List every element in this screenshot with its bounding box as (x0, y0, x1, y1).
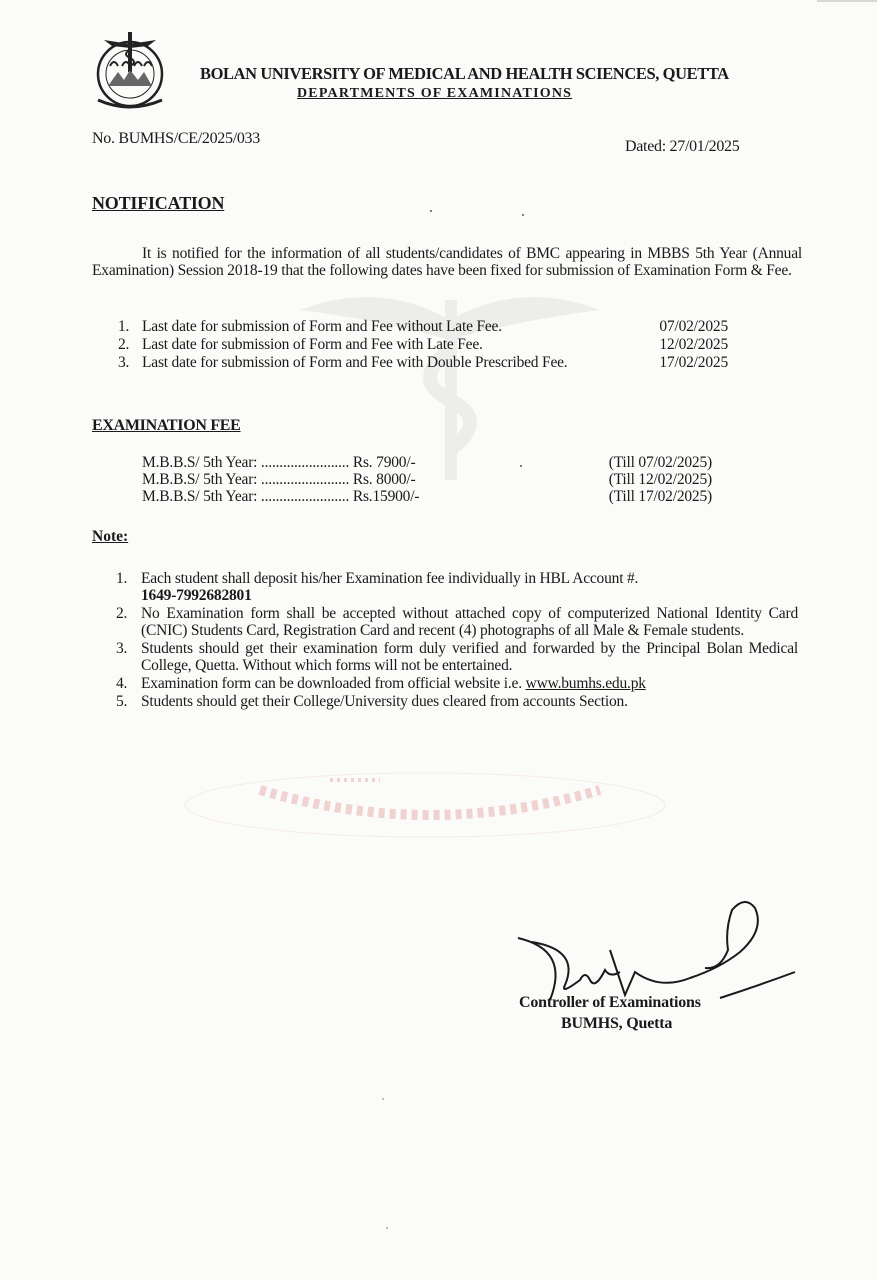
note-item: 1. Each student shall deposit his/her Ex… (116, 570, 798, 604)
fee-amount: Rs. 8000/- (353, 471, 528, 488)
submission-dates-list: 1. Last date for submission of Form and … (118, 318, 728, 372)
fee-amount: Rs. 7900/- (353, 454, 528, 471)
submission-date-row: 2. Last date for submission of Form and … (118, 336, 728, 354)
note-text: Students should get their examination fo… (141, 640, 798, 674)
scan-speck (430, 210, 432, 212)
item-number: 2. (118, 336, 142, 354)
note-number: 3. (116, 640, 141, 674)
exam-fee-list: M.B.B.S/ 5th Year: .....................… (142, 454, 712, 505)
website-link[interactable]: www.bumhs.edu.pk (526, 675, 646, 692)
note-number: 1. (116, 570, 141, 604)
note-text: Students should get their College/Univer… (141, 693, 798, 710)
note-text: Each student shall deposit his/her Exami… (141, 570, 638, 587)
submission-date-row: 1. Last date for submission of Form and … (118, 318, 728, 336)
fee-deadline: (Till 17/02/2025) (587, 488, 712, 505)
caduceus-watermark-icon (300, 280, 600, 480)
university-name: BOLAN UNIVERSITY OF MEDICAL AND HEALTH S… (200, 64, 729, 84)
fee-label: M.B.B.S/ 5th Year: .....................… (142, 454, 349, 471)
item-number: 3. (118, 354, 142, 372)
university-crest-icon (88, 28, 172, 112)
note-number: 5. (116, 693, 141, 710)
scan-speck (386, 1227, 388, 1229)
fee-row: M.B.B.S/ 5th Year: .....................… (142, 488, 712, 505)
account-number: 1649-7992682801 (141, 587, 252, 604)
note-item: 4. Examination form can be downloaded fr… (116, 675, 798, 692)
item-date: 17/02/2025 (648, 354, 728, 372)
fee-label: M.B.B.S/ 5th Year: .....................… (142, 471, 349, 488)
item-date: 12/02/2025 (648, 336, 728, 354)
page-edge (817, 0, 877, 2)
note-text: No Examination form shall be accepted wi… (141, 605, 798, 639)
reference-number: No. BUMHS/CE/2025/033 (92, 130, 260, 148)
fee-amount: Rs.15900/- (353, 488, 528, 505)
note-text: Examination form can be downloaded from … (141, 675, 526, 692)
scan-speck (522, 214, 524, 216)
item-text: Last date for submission of Form and Fee… (142, 318, 648, 336)
item-text: Last date for submission of Form and Fee… (142, 354, 648, 372)
notification-heading: NOTIFICATION (92, 193, 224, 214)
fee-row: M.B.B.S/ 5th Year: .....................… (142, 454, 712, 471)
faded-stamp-icon (180, 770, 670, 840)
item-text: Last date for submission of Form and Fee… (142, 336, 648, 354)
fee-label: M.B.B.S/ 5th Year: .....................… (142, 488, 349, 505)
note-number: 4. (116, 675, 141, 692)
department-name: DEPARTMENTS OF EXAMINATIONS (297, 86, 572, 102)
note-item: 2. No Examination form shall be accepted… (116, 605, 798, 639)
note-number: 2. (116, 605, 141, 639)
note-item: 3. Students should get their examination… (116, 640, 798, 674)
submission-date-row: 3. Last date for submission of Form and … (118, 354, 728, 372)
date-issued: Dated: 27/01/2025 (625, 138, 739, 156)
notes-list: 1. Each student shall deposit his/her Ex… (116, 570, 798, 711)
scan-speck (520, 465, 522, 467)
fee-deadline: (Till 12/02/2025) (587, 471, 712, 488)
fee-deadline: (Till 07/02/2025) (587, 454, 712, 471)
fee-row: M.B.B.S/ 5th Year: .....................… (142, 471, 712, 488)
note-item: 5. Students should get their College/Uni… (116, 693, 798, 710)
notification-paragraph: It is notified for the information of al… (92, 245, 802, 279)
exam-fee-heading: EXAMINATION FEE (92, 417, 241, 435)
item-date: 07/02/2025 (648, 318, 728, 336)
signatory-title: Controller of Examinations (519, 994, 701, 1012)
note-heading: Note: (92, 528, 128, 546)
item-number: 1. (118, 318, 142, 336)
signatory-place: BUMHS, Quetta (561, 1015, 672, 1033)
scan-speck (382, 1098, 384, 1100)
notification-paragraph-text: It is notified for the information of al… (92, 245, 802, 279)
